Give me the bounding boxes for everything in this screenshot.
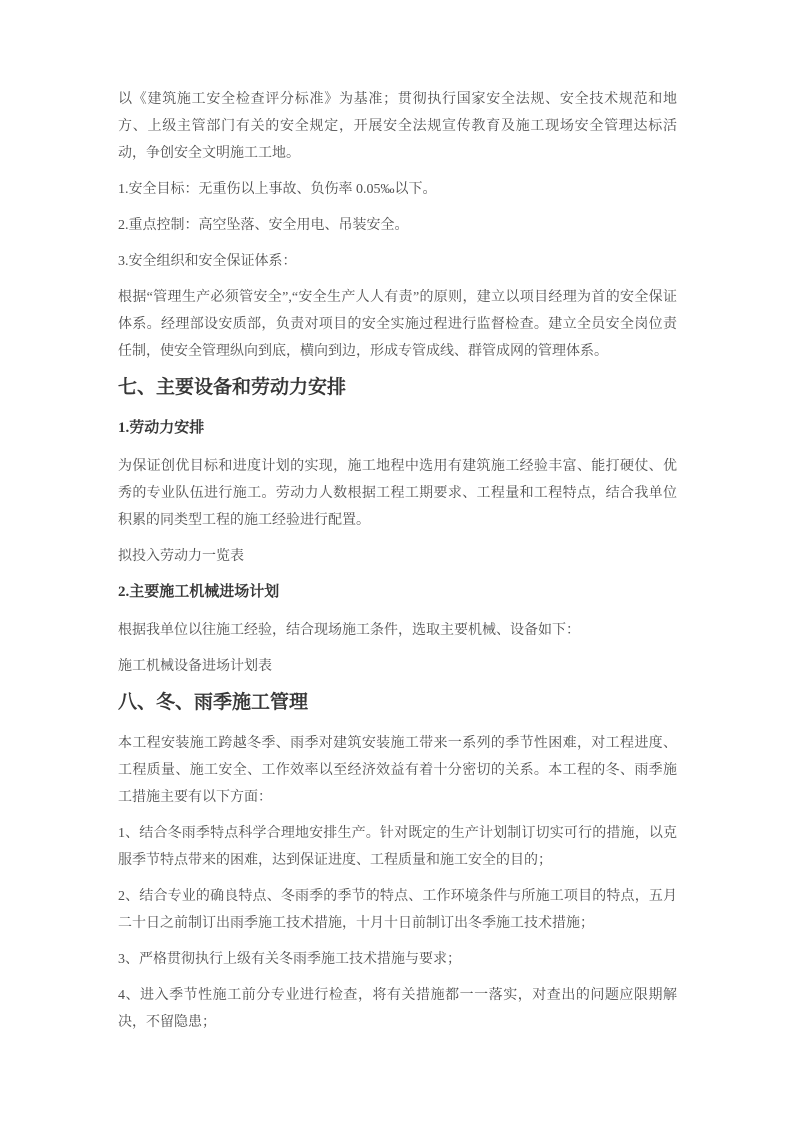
measure-item-2: 2、结合专业的确良特点、冬雨季的季节的特点、工作环境条件与所施工项目的特点，五月… bbox=[118, 883, 677, 937]
safety-goal-item: 1.安全目标：无重伤以上事故、负伤率 0.05‰以下。 bbox=[118, 176, 677, 203]
measure-item-3: 3、严格贯彻执行上级有关冬雨季施工技术措施与要求； bbox=[118, 946, 677, 973]
winter-rain-intro-paragraph: 本工程安装施工跨越冬季、雨季对建筑安装施工带来一系列的季节性困难，对工程进度、工… bbox=[118, 730, 677, 811]
subheading-labor-arrangement: 1.劳动力安排 bbox=[118, 415, 677, 442]
subheading-machinery-plan: 2.主要施工机械进场计划 bbox=[118, 579, 677, 606]
intro-paragraph: 以《建筑施工安全检查评分标准》为基准；贯彻执行国家安全法规、安全技术规范和地方、… bbox=[118, 86, 677, 167]
measure-item-1: 1、结合冬雨季特点科学合理地安排生产。针对既定的生产计划制订切实可行的措施，以克… bbox=[118, 820, 677, 874]
labor-table-caption: 拟投入劳动力一览表 bbox=[118, 543, 677, 570]
labor-paragraph: 为保证创优目标和进度计划的实现，施工地程中选用有建筑施工经验丰富、能打硬仗、优秀… bbox=[118, 453, 677, 534]
key-control-item: 2.重点控制：高空坠落、安全用电、吊装安全。 bbox=[118, 212, 677, 239]
machinery-paragraph: 根据我单位以往施工经验，结合现场施工条件，选取主要机械、设备如下： bbox=[118, 617, 677, 644]
document-page: 以《建筑施工安全检查评分标准》为基准；贯彻执行国家安全法规、安全技术规范和地方、… bbox=[0, 0, 793, 1122]
safety-system-paragraph: 根据“管理生产必须管安全”,“安全生产人人有责”的原则，建立以项目经理为首的安全… bbox=[118, 284, 677, 365]
section-heading-winter-rain: 八、冬、雨季施工管理 bbox=[118, 689, 677, 716]
safety-org-item: 3.安全组织和安全保证体系： bbox=[118, 248, 677, 275]
measure-item-4: 4、进入季节性施工前分专业进行检查，将有关措施都一一落实，对查出的问题应限期解决… bbox=[118, 982, 677, 1036]
machinery-table-caption: 施工机械设备进场计划表 bbox=[118, 653, 677, 680]
section-heading-equipment-labor: 七、主要设备和劳动力安排 bbox=[118, 374, 677, 401]
